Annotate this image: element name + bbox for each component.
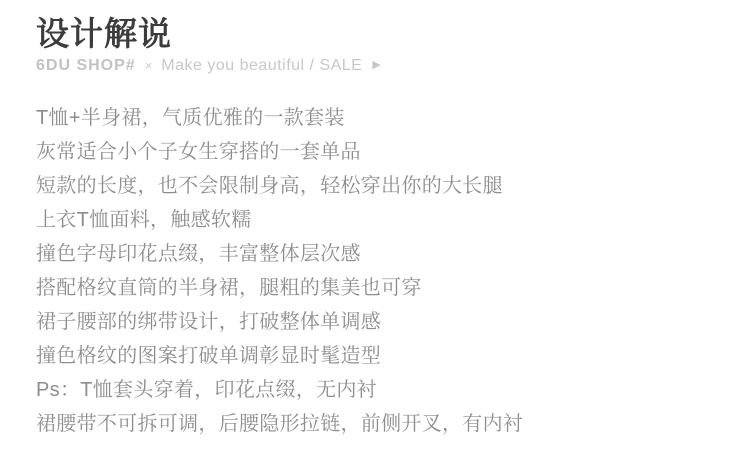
page-title: 设计解说: [36, 15, 750, 52]
description-list: T恤+半身裙，气质优雅的一款套装 灰常适合小个子女生穿搭的一套单品 短款的长度，…: [36, 101, 750, 441]
multiply-separator-icon: ×: [145, 56, 153, 75]
play-arrow-icon: ▶: [372, 60, 380, 71]
description-line: 搭配格纹直筒的半身裙，腿粗的集美也可穿: [36, 271, 750, 305]
description-line: 短款的长度，也不会限制身高，轻松穿出你的大长腿: [36, 169, 750, 203]
description-line: T恤+半身裙，气质优雅的一款套装: [36, 101, 750, 135]
description-line: 撞色格纹的图案打破单调彰显时髦造型: [36, 339, 750, 373]
design-commentary-section: 设计解说 6DU SHOP# × Make you beautiful / SA…: [0, 0, 750, 441]
description-line: 撞色字母印花点缀，丰富整体层次感: [36, 237, 750, 271]
description-line: 灰常适合小个子女生穿搭的一套单品: [36, 135, 750, 169]
description-line: Ps：T恤套头穿着，印花点缀，无内衬: [36, 373, 750, 407]
brand-tagline-row: 6DU SHOP# × Make you beautiful / SALE ▶: [36, 56, 750, 75]
brand-name: 6DU SHOP#: [36, 56, 136, 75]
brand-tagline: Make you beautiful / SALE: [161, 56, 362, 75]
description-line: 裙腰带不可拆可调，后腰隐形拉链，前侧开叉，有内衬: [36, 407, 750, 441]
description-line: 上衣T恤面料，触感软糯: [36, 203, 750, 237]
description-line: 裙子腰部的绑带设计，打破整体单调感: [36, 305, 750, 339]
